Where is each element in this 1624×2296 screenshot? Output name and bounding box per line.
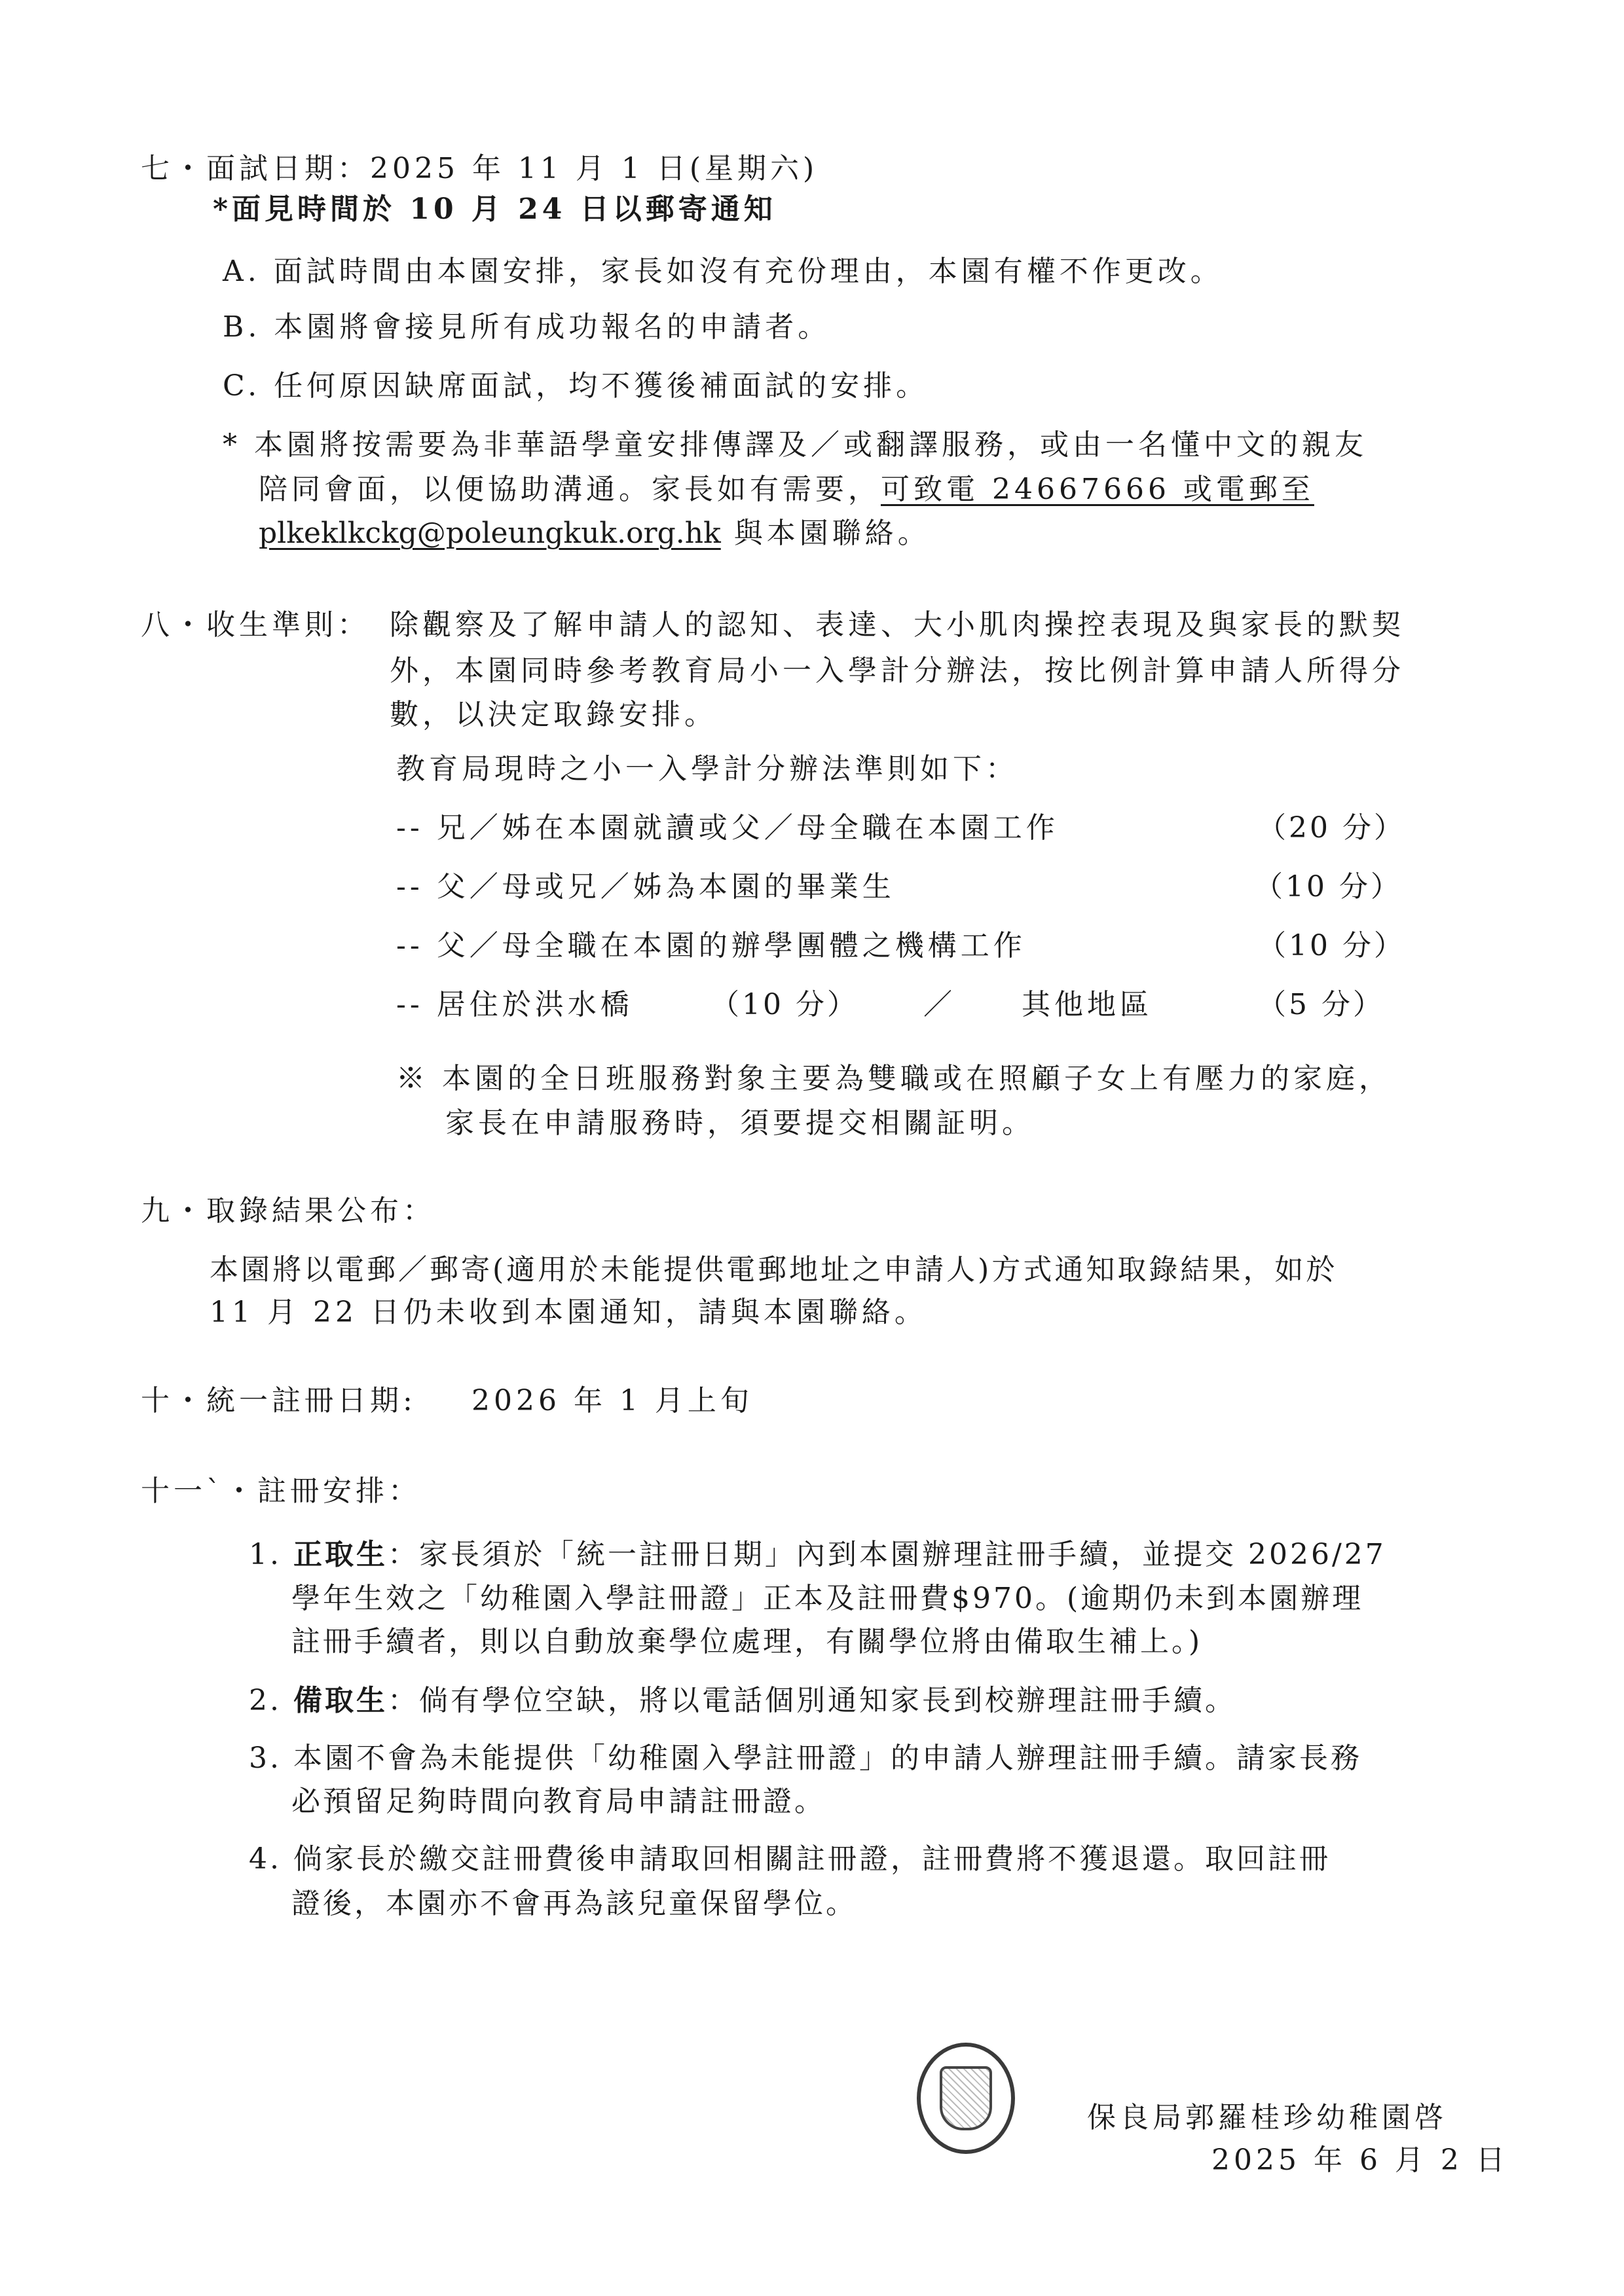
criteria-row-2-points: （10 分） xyxy=(1254,867,1402,907)
registration-item-4-line-1: 4. 倘家長於繳交註冊費後申請取回相關註冊證，註冊費將不獲退還。取回註冊 xyxy=(249,1840,1331,1879)
translation-note-text: 陪同會面，以便協助溝通。家長如有需要， xyxy=(259,473,881,506)
item-text: 倘家長於繳交註冊費後申請取回相關註冊證，註冊費將不獲退還。取回註冊 xyxy=(293,1842,1331,1876)
registration-item-1-line-3: 註冊手續者，則以自動放棄學位處理，有關學位將由備取生補上。) xyxy=(291,1622,1202,1662)
full-day-note-line-1: ※ 本園的全日班服務對象主要為雙職或在照顧子女上有壓力的家庭， xyxy=(396,1059,1392,1099)
registration-item-1-line-2: 學年生效之「幼稚園入學註冊證」正本及註冊費$970。(逾期仍未到本園辦理 xyxy=(291,1579,1363,1618)
criteria-row-4-label: -- 居住於洪水橋 xyxy=(396,985,633,1025)
criteria-row-1-label: -- 兄／姊在本園就讀或父／母全職在本園工作 xyxy=(396,809,1059,848)
item-label: 正取生 xyxy=(293,1538,388,1571)
section-11-heading: 十一`・註冊安排： xyxy=(141,1472,421,1511)
criteria-row-3-points: （10 分） xyxy=(1257,926,1405,966)
criteria-title: 教育局現時之小一入學計分辦法準則如下： xyxy=(396,750,1018,789)
section-10-heading: 十・統一註冊日期: xyxy=(141,1381,416,1421)
contact-email-link[interactable]: plkeklkckg@poleungkuk.org.hk xyxy=(259,517,721,550)
admission-criteria-para-2: 外，本園同時參考教育局小一入學計分辦法，按比例計算申請人所得分 xyxy=(390,651,1405,691)
registration-date-value: 2026 年 1 月上旬 xyxy=(471,1381,753,1421)
item-label: 備取生 xyxy=(293,1684,388,1717)
results-notice-line-1: 本園將以電郵／郵寄(適用於未能提供電郵地址之申請人)方式通知取錄結果，如於 xyxy=(210,1250,1337,1290)
admission-criteria-para-3: 數，以決定取錄安排。 xyxy=(390,695,717,735)
admission-criteria-para-1: 除觀察及了解申請人的認知、表達、大小肌肉操控表現及與家長的默契 xyxy=(390,606,1405,645)
criteria-row-4-points-b: （5 分） xyxy=(1257,985,1384,1025)
item-text: ：倘有學位空缺，將以電話個別通知家長到校辦理註冊手續。 xyxy=(388,1684,1236,1717)
criteria-row-1-points: （20 分） xyxy=(1257,809,1405,848)
contact-phone-link[interactable]: 可致電 24667666 或電郵至 xyxy=(881,473,1314,506)
registration-item-3-line-2: 必預留足夠時間向教育局申請註冊證。 xyxy=(291,1782,826,1821)
section-9-heading: 九・取錄結果公布： xyxy=(141,1192,435,1231)
registration-item-2: 2. 備取生：倘有學位空缺，將以電話個別通知家長到校辦理註冊手續。 xyxy=(249,1681,1236,1721)
criteria-row-4-separator: ／ xyxy=(923,985,955,1025)
registration-item-1-line-1: 1. 正取生：家長須於「統一註冊日期」內到本園辦理註冊手續，並提交 2026/2… xyxy=(249,1535,1386,1575)
registration-item-4-line-2: 證後，本園亦不會再為該兒童保留學位。 xyxy=(291,1884,857,1923)
document-date: 2025 年 6 月 2 日 xyxy=(1211,2141,1509,2180)
signature: 保良局郭羅桂珍幼稚園啓 xyxy=(1087,2098,1447,2138)
criteria-row-4-points-a: （10 分） xyxy=(710,985,858,1025)
item-text: ：家長須於「統一註冊日期」內到本園辦理註冊手續，並提交 2026/27 xyxy=(388,1538,1386,1571)
school-seal-icon xyxy=(917,2043,1015,2154)
section-7-heading: 七・面試日期：2025 年 11 月 1 日(星期六) xyxy=(141,149,818,189)
crest-icon xyxy=(940,2066,992,2130)
full-day-note-line-2: 家長在申請服務時，須要提交相關証明。 xyxy=(445,1104,1035,1143)
contact-suffix: 與本園聯絡。 xyxy=(721,517,931,550)
translation-note-line-3: plkeklkckg@poleungkuk.org.hk 與本園聯絡。 xyxy=(259,514,931,553)
criteria-row-4-other: 其他地區 xyxy=(1022,985,1153,1025)
registration-item-3-line-1: 3. 本園不會為未能提供「幼稚園入學註冊證」的申請人辦理註冊手續。請家長務 xyxy=(249,1739,1362,1778)
results-notice-line-2: 11 月 22 日仍未收到本園通知，請與本園聯絡。 xyxy=(210,1293,927,1332)
item-number: 3. xyxy=(249,1741,282,1775)
interview-notice-note: *面見時間於 10 月 24 日以郵寄通知 xyxy=(213,190,777,229)
section-7-item-c: C. 任何原因缺席面試，均不獲後補面試的安排。 xyxy=(223,367,929,406)
section-8-heading: 八・收生準則： xyxy=(141,606,370,645)
translation-note-line-2: 陪同會面，以便協助溝通。家長如有需要，可致電 24667666 或電郵至 xyxy=(259,470,1314,509)
item-number: 4. xyxy=(249,1842,282,1876)
item-number: 1. xyxy=(249,1538,282,1571)
section-7-item-b: B. 本園將會接見所有成功報名的申請者。 xyxy=(223,308,830,347)
translation-note-line-1: * 本園將按需要為非華語學童安排傳譯及／或翻譯服務，或由一名懂中文的親友 xyxy=(223,426,1367,465)
criteria-row-2-label: -- 父／母或兄／姊為本園的畢業生 xyxy=(396,867,895,907)
item-text: 本園不會為未能提供「幼稚園入學註冊證」的申請人辦理註冊手續。請家長務 xyxy=(293,1741,1362,1775)
section-7-item-a: A. 面試時間由本園安排，家長如沒有充份理由，本園有權不作更改。 xyxy=(223,252,1223,291)
criteria-row-3-label: -- 父／母全職在本園的辦學團體之機構工作 xyxy=(396,926,1026,966)
item-number: 2. xyxy=(249,1684,282,1717)
